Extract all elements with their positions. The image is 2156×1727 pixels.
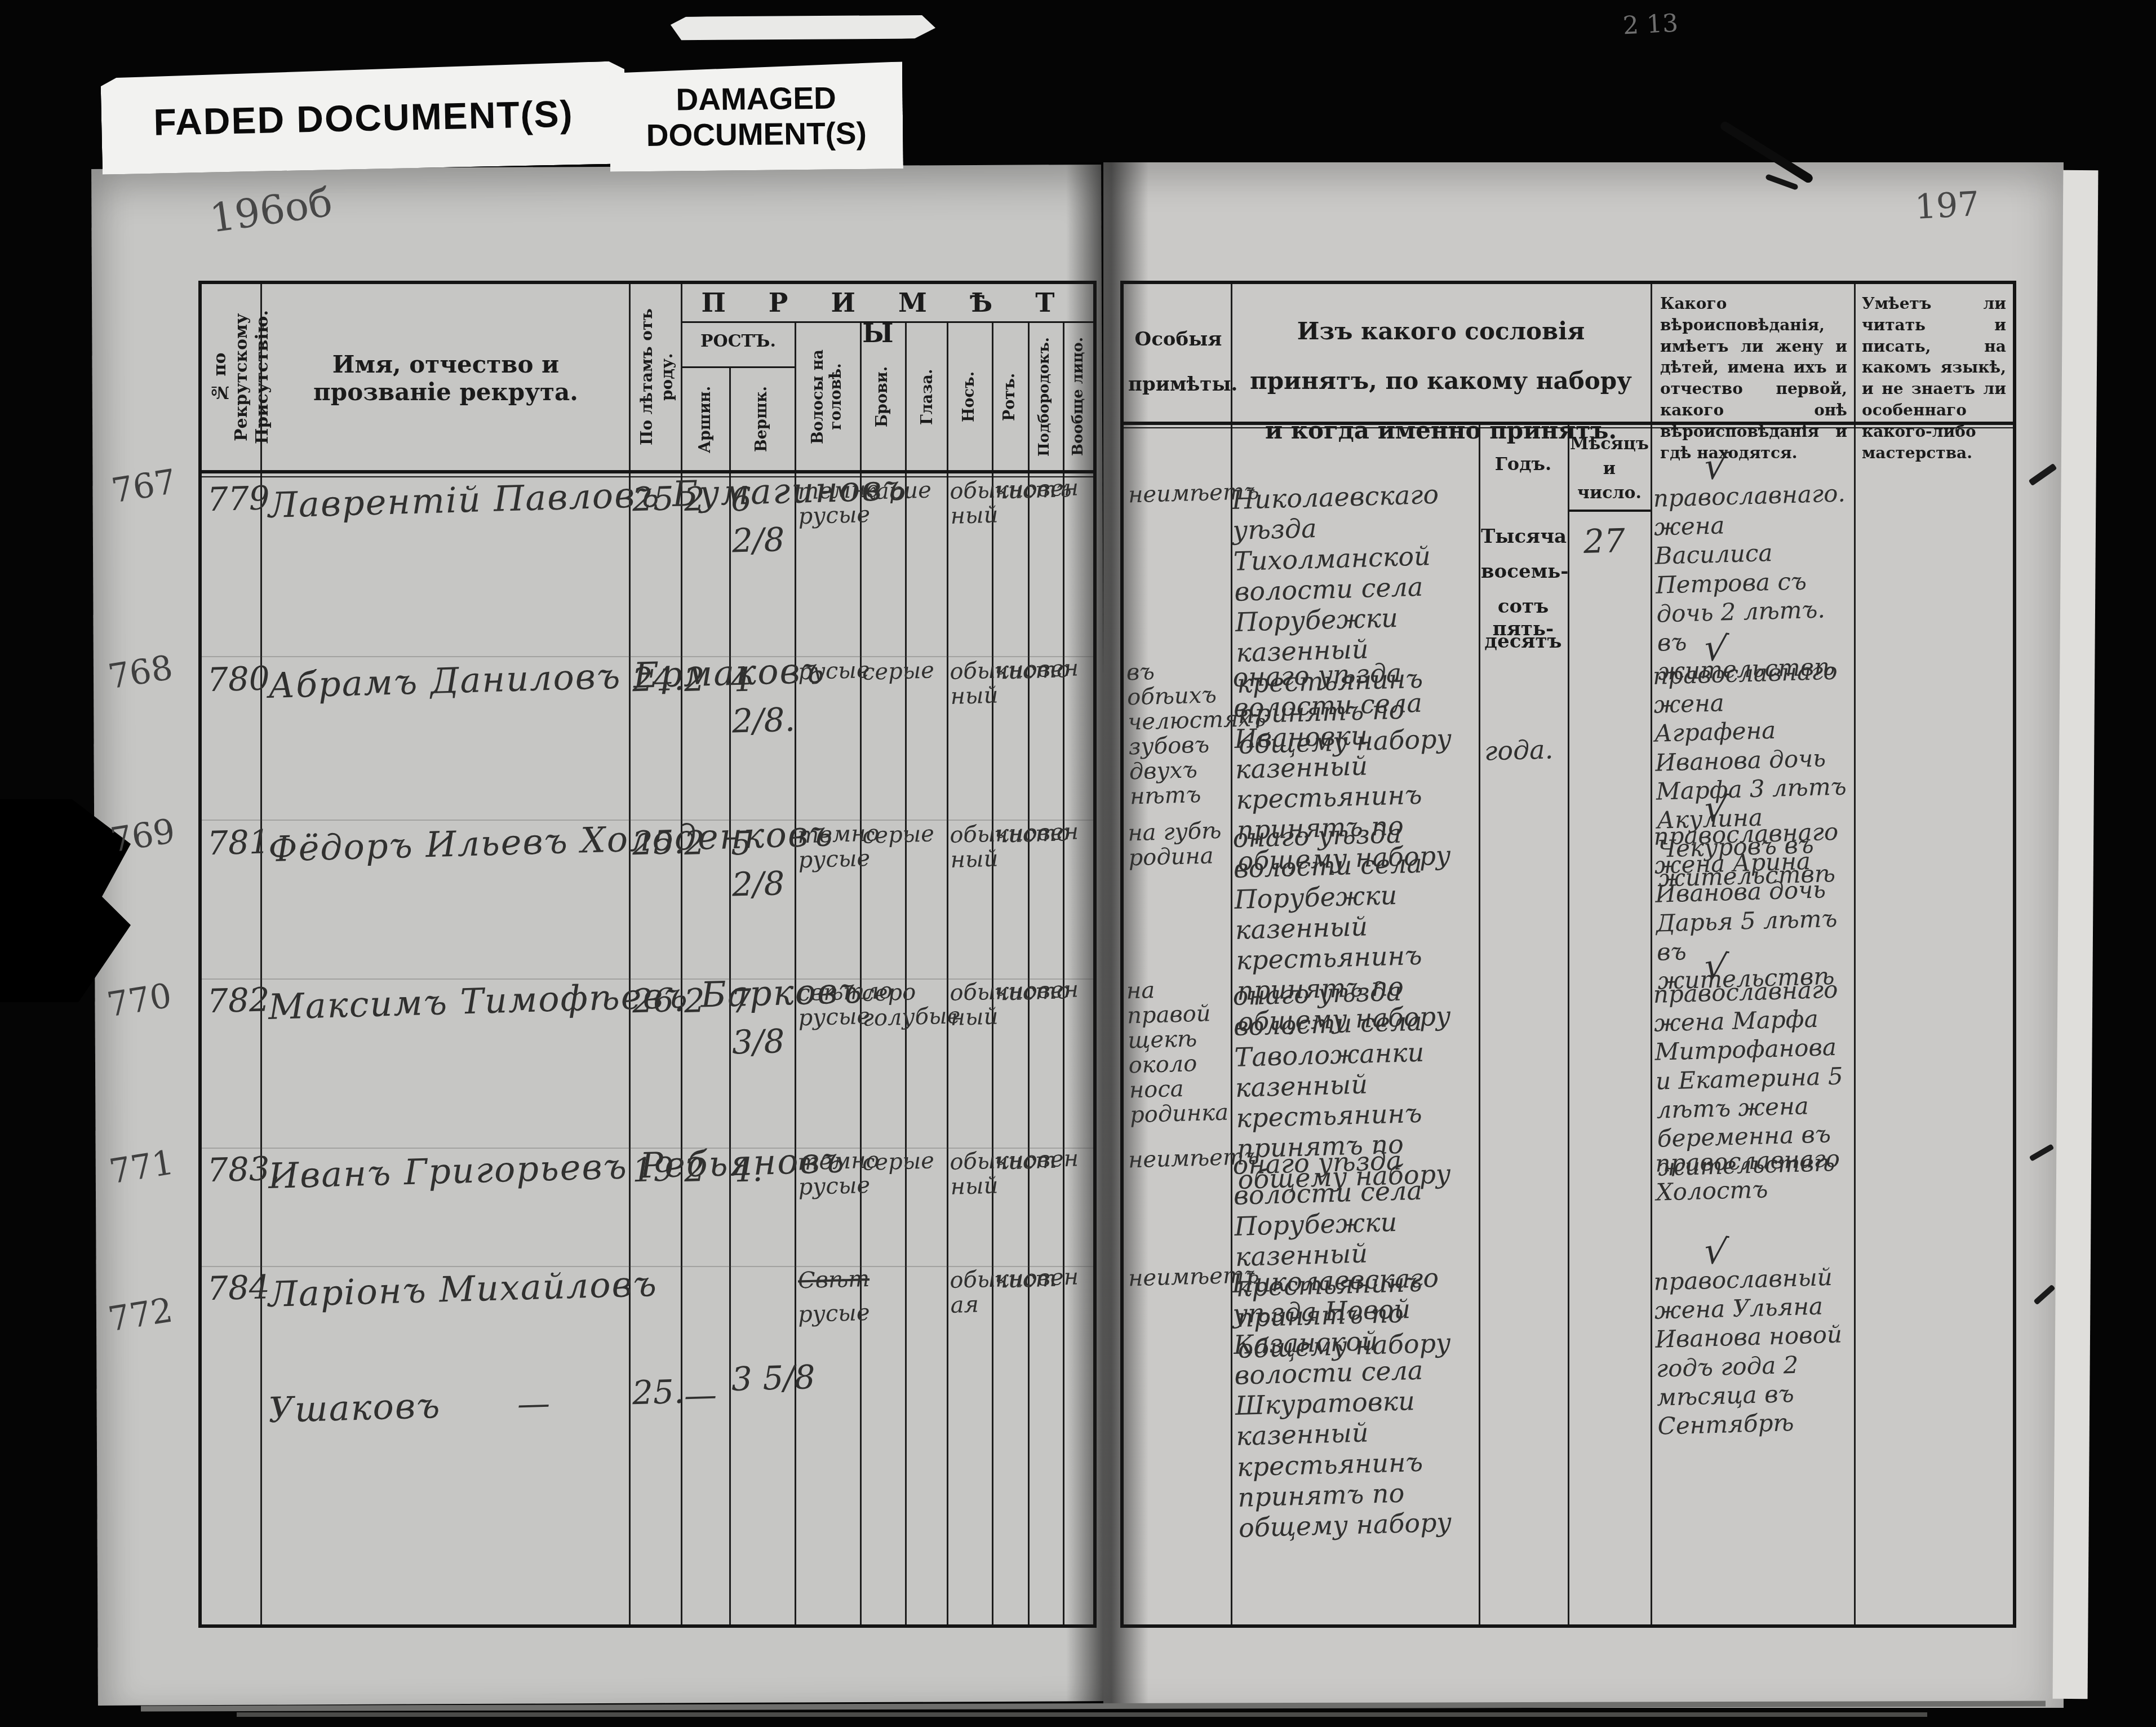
header-rule (202, 470, 1093, 473)
column-rule (1063, 322, 1064, 1624)
page-number-right: 197 (1914, 184, 1980, 227)
vershok-value: 7 3/8 (730, 980, 793, 1063)
recruit-name: Лаврентій Павловъ Бумагиновъ (268, 473, 632, 527)
column-rule (1568, 424, 1569, 1624)
recruit-no: 781 (207, 822, 260, 864)
column-rule (947, 322, 948, 1624)
recruit-name: Иванъ Григорьевъ Ребьяновъ (268, 1144, 632, 1198)
age: 25. (632, 1371, 685, 1414)
header-rule (682, 366, 795, 368)
header-rule (1569, 510, 1651, 512)
arshin-value: 2 (684, 658, 727, 701)
header-rost: РОСТЪ. (684, 331, 792, 351)
mouth-value: чисто (993, 980, 1029, 1006)
faith-entry: православнаго. жена Василиса Петрова съ … (1653, 479, 1853, 686)
nose-value: обыкновен ный (950, 980, 991, 1030)
header-month-day: Мѣсяцъ и число. (1570, 432, 1649, 506)
header-nose: Носъ. (960, 327, 978, 467)
nose-value: обыкновен ая (950, 1267, 991, 1318)
header-osobye: Особыя примѣты. (1128, 328, 1228, 396)
recruit-no: 784 (207, 1267, 260, 1309)
header-brows: Брови. (873, 327, 891, 467)
age: 19 (632, 1149, 680, 1191)
vershok-value: 4 2/8. (730, 658, 793, 742)
nose-value: обыкновен ный (950, 822, 991, 873)
arshin-value: 2 (684, 478, 727, 520)
special-marks: неимѣетъ (1128, 480, 1228, 508)
arshin-value: — (684, 1374, 717, 1416)
damaged-document-label: DAMAGED DOCUMENT(S) (609, 61, 903, 171)
year-printed-2: восемь- (1481, 560, 1565, 583)
nose-value: обыкновен ный (950, 1149, 991, 1199)
mouth-value: чисто (993, 658, 1029, 684)
column-rule (1028, 322, 1030, 1624)
column-rule (1854, 284, 1856, 1624)
nose-value: обыкновен ный (950, 658, 991, 709)
name-dash: — (517, 1383, 551, 1424)
eyes-value: серые (862, 821, 944, 848)
recruit-name: Максимъ Тимофѣевъ Барковъ (268, 975, 632, 1029)
year-printed-1: Тысяча (1481, 525, 1565, 548)
header-mouth: Ротъ. (1001, 327, 1018, 467)
recruit-name: Фёдоръ Ильевъ Холоденковъ (268, 817, 632, 871)
estate-entry: Николаевскаго уѣзда Новой Казанской воло… (1231, 1261, 1480, 1543)
vershok-value: 6 2/8 (730, 478, 793, 561)
vershok-value: 4. (731, 1149, 793, 1191)
faith-entry: православнаго Холостъ (1655, 1144, 1852, 1207)
arshin-value: 2 (684, 1149, 727, 1191)
month-day-value: 27 (1583, 520, 1626, 563)
special-marks: неимѣетъ (1128, 1264, 1228, 1291)
hair-struck: Свѣт (797, 1267, 858, 1294)
header-age: По лѣтамъ отъ роду. (637, 290, 678, 464)
column-rule (1651, 284, 1652, 1624)
special-marks: неимѣетъ (1128, 1145, 1228, 1173)
faded-document-label: FADED DOCUMENT(S) (100, 61, 627, 174)
mouth-value: чисто (993, 822, 1029, 848)
recruit-name: Абрамъ Даниловъ Ермаковъ (268, 654, 632, 707)
recruit-no: 780 (207, 658, 260, 701)
arshin-value: 2 (684, 822, 727, 864)
faded-label-text: FADED DOCUMENT(S) (153, 92, 574, 144)
special-marks: въ обѣихъ челюстяхъ зубовъ двухъ нѣтъ (1126, 658, 1230, 809)
mouth-value: чист (993, 1149, 1029, 1175)
vershok-value: 3 5/8 (731, 1357, 816, 1400)
page-stack-edge (237, 1712, 1927, 1717)
year-suffix: года. (1484, 734, 1554, 767)
hair-value: свѣтло русые (797, 980, 858, 1031)
header-year: Годъ. (1481, 453, 1565, 475)
special-marks: на губѣ родина (1128, 818, 1229, 871)
recruit-name-line2: Ушаковъ (268, 1384, 441, 1432)
header-eyes: Глаза. (919, 327, 936, 467)
mouth-value: чист (993, 1267, 1029, 1293)
torn-paper-sliver (671, 12, 936, 43)
scanned-archive-frame: { "artifact_labels": { "faded": "FADED D… (0, 0, 2156, 1727)
faith-entry: православный жена Ульяна Иванова новой г… (1653, 1262, 1853, 1441)
header-chin: Подбородокъ. (1036, 327, 1053, 467)
hair-value: русые (797, 658, 858, 685)
hair-value: темно русые (797, 822, 858, 873)
year-printed-4: десятъ (1481, 630, 1565, 653)
eyes-value: карие (862, 477, 944, 504)
recruit-name: Ларіонъ Михайловъ (268, 1263, 632, 1316)
age: 25 (632, 478, 680, 520)
header-arshin: Аршин. (697, 372, 714, 467)
header-name: Имя, отчество и прозваніе рекрута. (268, 351, 623, 406)
recruit-table-right: Особыя примѣты. Изъ какого сословія прин… (1120, 281, 2016, 1628)
arshin-value: 2 (684, 980, 727, 1022)
header-faith: Какого вѣроисповѣданія, имѣетъ ли жену и… (1660, 293, 1847, 463)
eyes-value: серые (862, 658, 944, 685)
vershok-value: 5 2/8 (730, 822, 793, 905)
recruit-no: 779 (207, 478, 260, 520)
hair-value: темно русые (797, 478, 858, 529)
header-face: Вообще лицо. (1070, 327, 1086, 467)
age: 26. (632, 980, 680, 1022)
faith-entry: православнаго жена Арина Иванова дочь Да… (1653, 817, 1853, 995)
eyes-value: серые (862, 1148, 944, 1175)
header-literacy: Умѣетъ ли читать и писать, на какомъ язы… (1862, 293, 2006, 463)
eyes-value: серо голубые (862, 979, 945, 1031)
hair-value: темно русые (797, 1149, 858, 1200)
mouth-value: чистъ (993, 478, 1029, 504)
nose-value: обыкновен ный (950, 478, 991, 529)
column-rule (905, 322, 907, 1624)
header-hair: Волосы на головѣ. (809, 327, 846, 467)
header-vershok: Вершк. (753, 372, 770, 467)
recruit-no: 782 (207, 980, 260, 1022)
pencil-marks: 2 13 (1622, 8, 1679, 40)
hair-value: русые (797, 1301, 858, 1327)
recruit-no: 783. (207, 1149, 260, 1191)
recruit-table-left: № по Рекрутскому Присутствію. Имя, отчес… (198, 281, 1097, 1628)
special-marks: на правой щекѣ около носа родинка (1126, 976, 1230, 1128)
header-recruit-number: № по Рекрутскому Присутствію. (210, 291, 273, 463)
age: 25. (632, 822, 680, 864)
damaged-label-text: DAMAGED DOCUMENT(S) (646, 80, 867, 154)
age: 24. (632, 658, 680, 701)
